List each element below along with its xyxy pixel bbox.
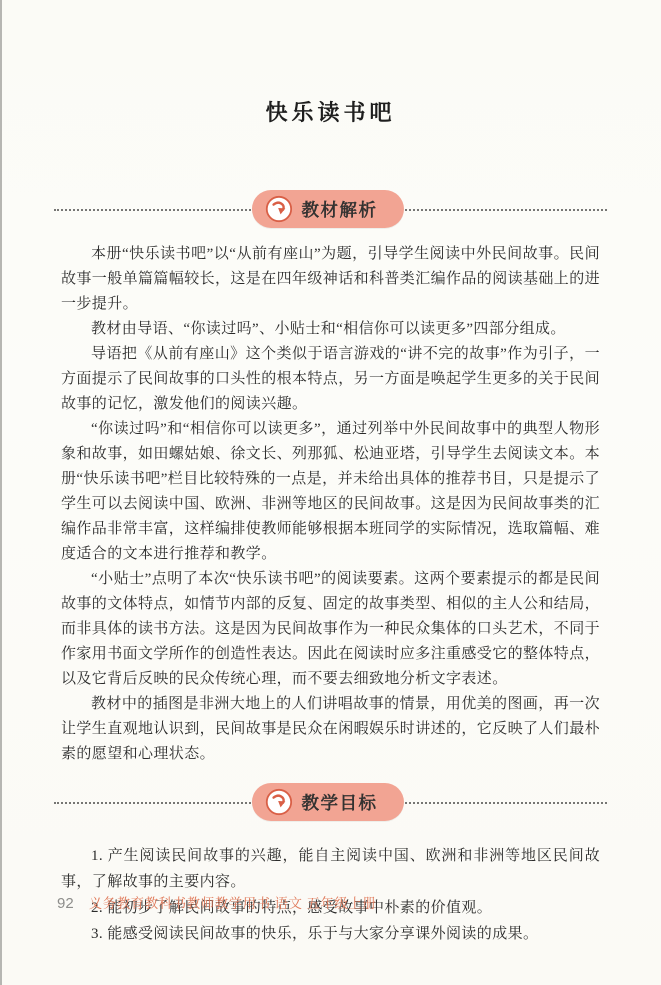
arrow-down-right-circle-icon: [264, 195, 292, 223]
page-number: 92: [57, 895, 74, 912]
paragraph: 导语把《从前有座山》这个类似于语言游戏的“讲不完的故事”作为引子，一方面提示了民…: [61, 342, 600, 417]
section-badge-analysis: 教材解析: [251, 190, 403, 228]
paragraph: 教材由导语、“你读过吗”、小贴士和“相信你可以读更多”四部分组成。: [61, 317, 600, 342]
paragraph: “你读过吗”和“相信你可以读更多”，通过列举中外民间故事中的典型人物形象和故事，…: [61, 417, 600, 567]
section-badge-objectives: 教学目标: [251, 783, 403, 821]
objective-item: 3. 能感受阅读民间故事的快乐，乐于与大家分享课外阅读的成果。: [61, 921, 600, 947]
section-header-objectives: 教学目标: [61, 783, 600, 821]
objective-item: 1. 产生阅读民间故事的兴趣，能自主阅读中国、欧洲和非洲等地区民间故事，了解故事…: [61, 843, 600, 895]
section-badge-label: 教学目标: [301, 790, 377, 815]
paragraph: 本册“快乐读书吧”以“从前有座山”为题，引导学生阅读中外民间故事。民间故事一般单…: [61, 242, 600, 317]
page-footer: 92 义务教育教科书教师教学用书 语文 五年级上册: [57, 892, 376, 912]
section-header-analysis: 教材解析: [61, 190, 600, 228]
scan-edge-line: [0, 0, 2, 985]
paragraph: 教材中的插图是非洲大地上的人们讲唱故事的情景，用优美的图画，再一次让学生直观地认…: [61, 692, 600, 767]
page-title: 快乐读书吧: [61, 0, 600, 128]
footer-book-title: 义务教育教科书教师教学用书 语文 五年级上册: [89, 892, 377, 912]
section-badge-label: 教材解析: [301, 197, 377, 222]
book-page: 快乐读书吧 教材解析 本册“快乐读书吧”以“从前有座山”为题，引导学生阅读中外民…: [0, 0, 661, 985]
arrow-down-right-circle-icon: [264, 788, 292, 816]
paragraph: “小贴士”点明了本次“快乐读书吧”的阅读要素。这两个要素提示的都是民间故事的文体…: [61, 567, 600, 692]
analysis-paragraphs: 本册“快乐读书吧”以“从前有座山”为题，引导学生阅读中外民间故事。民间故事一般单…: [61, 242, 600, 767]
page-content: 快乐读书吧 教材解析 本册“快乐读书吧”以“从前有座山”为题，引导学生阅读中外民…: [61, 0, 600, 947]
